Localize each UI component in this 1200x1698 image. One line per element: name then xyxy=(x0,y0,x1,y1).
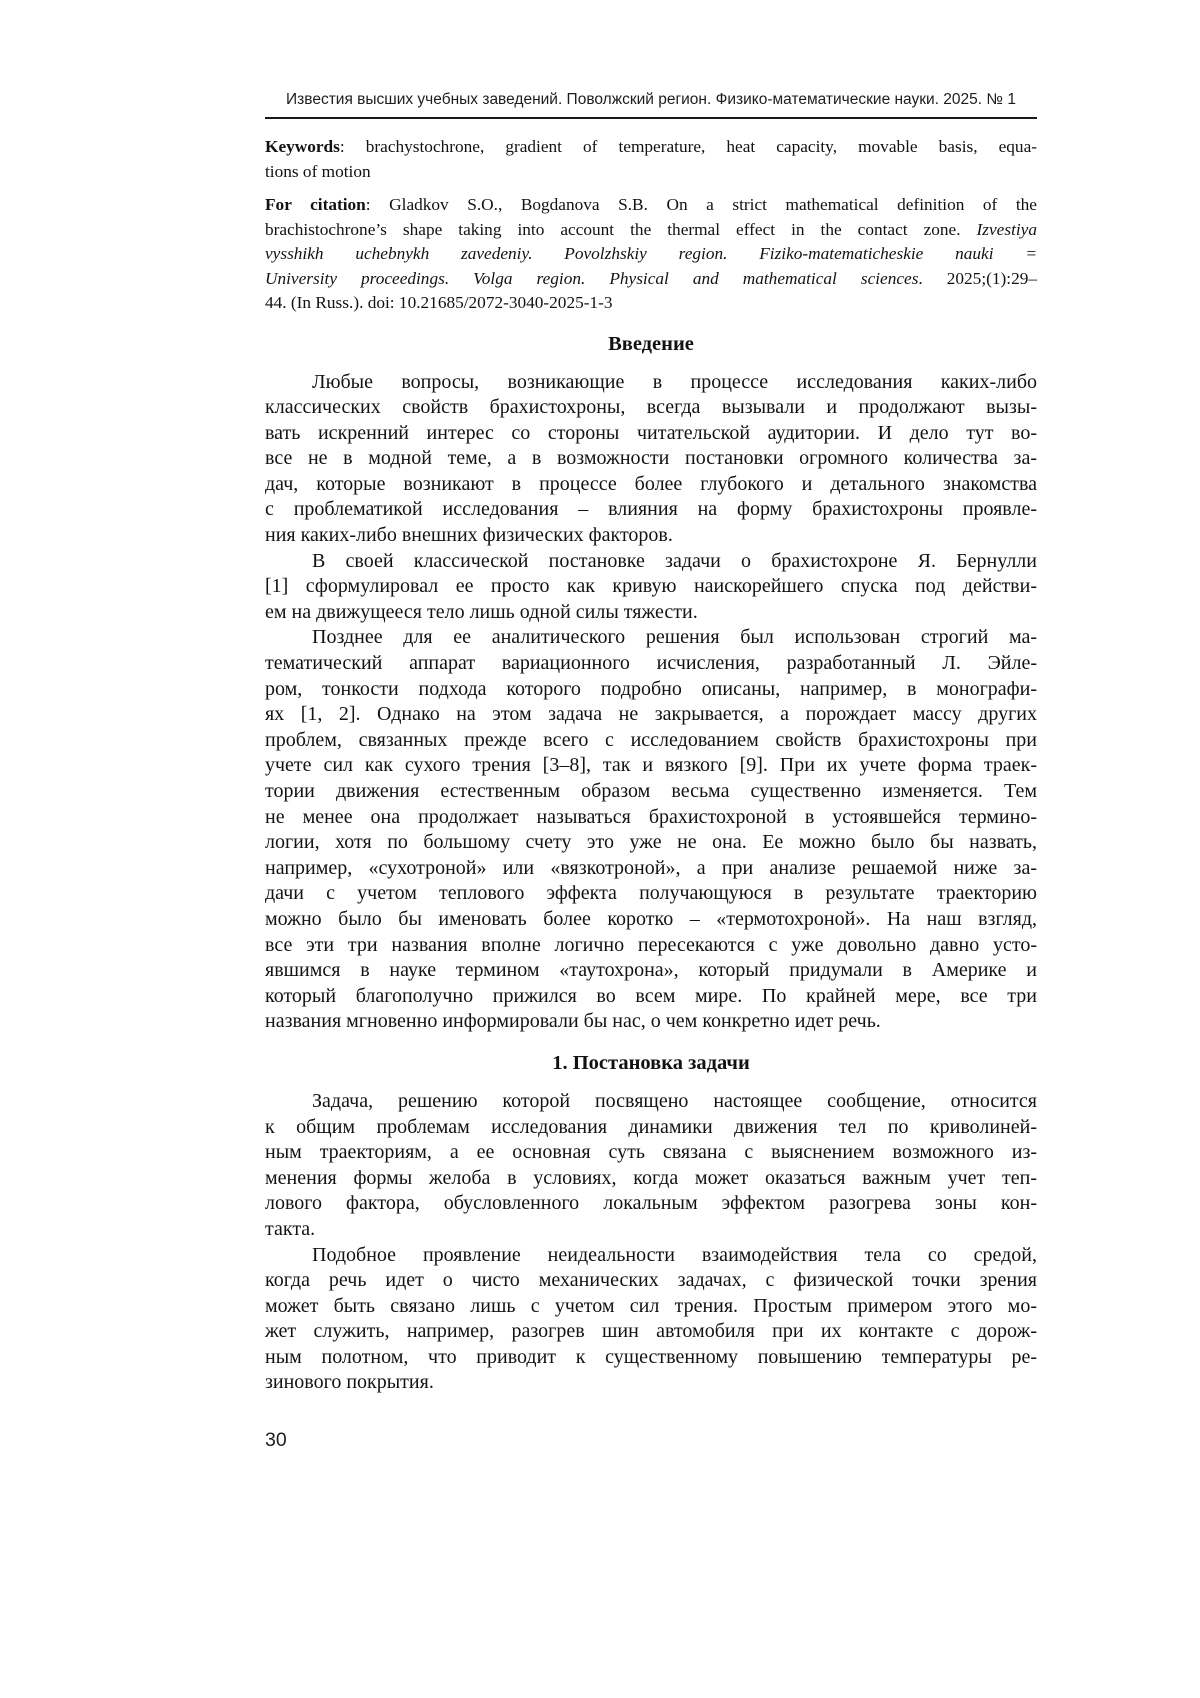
text-segment: tions of motion xyxy=(265,162,371,181)
text-line: когда речь идет о чисто механических зад… xyxy=(265,1268,1037,1294)
text-segment: учете сил как сухого трения [3–8], так и… xyxy=(265,754,1037,776)
text-segment: дачи с учетом теплового эффекта получающ… xyxy=(265,882,1037,904)
text-segment: vysshikh uchebnykh zavedeniy. Povolzhski… xyxy=(265,244,1037,263)
text-line: For citation: Gladkov S.O., Bogdanova S.… xyxy=(265,193,1037,218)
body-paragraph: В своей классической постановке задачи о… xyxy=(265,549,1037,626)
text-column: Известия высших учебных заведений. Повол… xyxy=(265,90,1037,1452)
text-segment: ным полотном, что приводит к существенно… xyxy=(265,1346,1037,1368)
text-segment: лового фактора, обусловленного локальным… xyxy=(265,1192,1037,1214)
text-line: лового фактора, обусловленного локальным… xyxy=(265,1191,1037,1217)
text-line: дач, которые возникают в процессе более … xyxy=(265,472,1037,498)
text-line: Любые вопросы, возникающие в процессе ис… xyxy=(265,370,1037,396)
text-line: все не в модной теме, а в возможности по… xyxy=(265,446,1037,472)
text-segment: может быть связано лишь с учетом сил тре… xyxy=(265,1295,1037,1317)
text-line: зинового покрытия. xyxy=(265,1370,1037,1396)
text-line: tions of motion xyxy=(265,160,1037,185)
text-line: Позднее для ее аналитического решения бы… xyxy=(265,625,1037,651)
text-line: Keywords: brachystochrone, gradient of t… xyxy=(265,135,1037,160)
text-segment: ях [1, 2]. Однако на этом задача не закр… xyxy=(265,703,1037,725)
text-segment: 44. (In Russ.). doi: 10.21685/2072-3040-… xyxy=(265,293,613,312)
text-line: brachistochrone’s shape taking into acco… xyxy=(265,218,1037,243)
text-segment: вать искренний интерес со стороны читате… xyxy=(265,422,1037,444)
text-line: явшимся в науке термином «таутохрона», к… xyxy=(265,958,1037,984)
text-line: с проблематикой исследования – влияния н… xyxy=(265,497,1037,523)
text-line: тематический аппарат вариационного исчис… xyxy=(265,651,1037,677)
text-line: названия мгновенно информировали бы нас,… xyxy=(265,1009,1037,1035)
text-segment: University proceedings. Volga region. Ph… xyxy=(265,269,918,288)
journal-page: Известия высших учебных заведений. Повол… xyxy=(0,0,1200,1698)
text-segment: явшимся в науке термином «таутохрона», к… xyxy=(265,959,1037,981)
running-header: Известия высших учебных заведений. Повол… xyxy=(265,90,1037,119)
text-segment: : Gladkov S.O., Bogdanova S.B. On a stri… xyxy=(366,195,1037,214)
text-line: к общим проблемам исследования динамики … xyxy=(265,1115,1037,1141)
text-segment: когда речь идет о чисто механических зад… xyxy=(265,1269,1037,1291)
text-line: Задача, решению которой посвящено настоя… xyxy=(265,1089,1037,1115)
text-segment: Позднее для ее аналитического решения бы… xyxy=(312,626,1037,648)
text-line: проблем, связанных прежде всего с исслед… xyxy=(265,728,1037,754)
text-line: например, «сухотроной» или «вязкотроной»… xyxy=(265,856,1037,882)
article-content: Keywords: brachystochrone, gradient of t… xyxy=(265,135,1037,1396)
text-segment: Любые вопросы, возникающие в процессе ис… xyxy=(312,371,1037,393)
text-line: дачи с учетом теплового эффекта получающ… xyxy=(265,881,1037,907)
text-segment: : brachystochrone, gradient of temperatu… xyxy=(340,137,1037,156)
text-line: Подобное проявление неидеальности взаимо… xyxy=(265,1243,1037,1269)
text-segment: логии, хотя по большому счету это уже не… xyxy=(265,831,1037,853)
text-line: ром, тонкости подхода которого подробно … xyxy=(265,677,1037,703)
text-segment: например, «сухотроной» или «вязкотроной»… xyxy=(265,857,1037,879)
text-segment: . 2025;(1):29– xyxy=(918,269,1037,288)
body-paragraph: Задача, решению которой посвящено настоя… xyxy=(265,1089,1037,1243)
body-paragraph: Любые вопросы, возникающие в процессе ис… xyxy=(265,370,1037,549)
text-segment: такта. xyxy=(265,1218,315,1240)
text-segment: можно было бы именовать более коротко – … xyxy=(265,908,1037,930)
text-line: такта. xyxy=(265,1217,1037,1243)
text-segment: Задача, решению которой посвящено настоя… xyxy=(312,1090,1037,1112)
text-line: жет служить, например, разогрев шин авто… xyxy=(265,1319,1037,1345)
text-segment: к общим проблемам исследования динамики … xyxy=(265,1116,1037,1138)
for-citation-paragraph: For citation: Gladkov S.O., Bogdanova S.… xyxy=(265,193,1037,316)
text-segment: Подобное проявление неидеальности взаимо… xyxy=(312,1244,1037,1266)
text-line: тории движения естественным образом весь… xyxy=(265,779,1037,805)
text-line: ния каких-либо внешних физических фактор… xyxy=(265,523,1037,549)
text-line: University proceedings. Volga region. Ph… xyxy=(265,267,1037,292)
body-paragraph: Подобное проявление неидеальности взаимо… xyxy=(265,1243,1037,1397)
text-line: менения формы желоба в условиях, когда м… xyxy=(265,1166,1037,1192)
text-segment: [1] сформулировал ее просто как кривую н… xyxy=(265,575,1037,597)
keywords-paragraph: Keywords: brachystochrone, gradient of t… xyxy=(265,135,1037,184)
text-segment: brachistochrone’s shape taking into acco… xyxy=(265,220,977,239)
text-line: учете сил как сухого трения [3–8], так и… xyxy=(265,753,1037,779)
text-segment: проблем, связанных прежде всего с исслед… xyxy=(265,729,1037,751)
text-segment: дач, которые возникают в процессе более … xyxy=(265,473,1037,495)
page-number: 30 xyxy=(265,1429,1037,1452)
text-line: 44. (In Russ.). doi: 10.21685/2072-3040-… xyxy=(265,291,1037,316)
section-heading-problem-statement: 1. Постановка задачи xyxy=(265,1052,1037,1075)
text-segment: жет служить, например, разогрев шин авто… xyxy=(265,1320,1037,1342)
text-segment: зинового покрытия. xyxy=(265,1371,434,1393)
text-segment: менения формы желоба в условиях, когда м… xyxy=(265,1167,1037,1189)
section-heading-introduction: Введение xyxy=(265,333,1037,356)
text-segment: не менее она продолжает называться брахи… xyxy=(265,806,1037,828)
text-segment: Izvestiya xyxy=(977,220,1037,239)
text-segment: названия мгновенно информировали бы нас,… xyxy=(265,1010,881,1032)
text-line: ем на движущееся тело лишь одной силы тя… xyxy=(265,600,1037,626)
text-line: может быть связано лишь с учетом сил тре… xyxy=(265,1294,1037,1320)
text-line: который благополучно прижился во всем ми… xyxy=(265,984,1037,1010)
text-segment: ром, тонкости подхода которого подробно … xyxy=(265,678,1037,700)
text-line: ным полотном, что приводит к существенно… xyxy=(265,1345,1037,1371)
text-segment: ным траекториям, а ее основная суть связ… xyxy=(265,1141,1037,1163)
text-segment: все не в модной теме, а в возможности по… xyxy=(265,447,1037,469)
text-line: [1] сформулировал ее просто как кривую н… xyxy=(265,574,1037,600)
text-line: все эти три названия вполне логично пере… xyxy=(265,933,1037,959)
text-line: вать искренний интерес со стороны читате… xyxy=(265,421,1037,447)
text-segment: классических свойств брахистохроны, всег… xyxy=(265,396,1037,418)
body-paragraph: Позднее для ее аналитического решения бы… xyxy=(265,625,1037,1035)
text-line: можно было бы именовать более коротко – … xyxy=(265,907,1037,933)
text-segment: ем на движущееся тело лишь одной силы тя… xyxy=(265,601,698,623)
journal-title: Известия высших учебных заведений. Повол… xyxy=(286,91,1016,108)
text-segment: В своей классической постановке задачи о… xyxy=(312,550,1037,572)
text-line: классических свойств брахистохроны, всег… xyxy=(265,395,1037,421)
text-line: vysshikh uchebnykh zavedeniy. Povolzhski… xyxy=(265,242,1037,267)
text-segment: For citation xyxy=(265,195,366,214)
text-segment: все эти три названия вполне логично пере… xyxy=(265,934,1037,956)
text-segment: который благополучно прижился во всем ми… xyxy=(265,985,1037,1007)
text-line: В своей классической постановке задачи о… xyxy=(265,549,1037,575)
text-segment: ния каких-либо внешних физических фактор… xyxy=(265,524,673,546)
text-segment: Keywords xyxy=(265,137,340,156)
text-segment: тематический аппарат вариационного исчис… xyxy=(265,652,1037,674)
text-line: логии, хотя по большому счету это уже не… xyxy=(265,830,1037,856)
text-line: ях [1, 2]. Однако на этом задача не закр… xyxy=(265,702,1037,728)
text-line: ным траекториям, а ее основная суть связ… xyxy=(265,1140,1037,1166)
text-line: не менее она продолжает называться брахи… xyxy=(265,805,1037,831)
text-segment: с проблематикой исследования – влияния н… xyxy=(265,498,1037,520)
text-segment: тории движения естественным образом весь… xyxy=(265,780,1037,802)
